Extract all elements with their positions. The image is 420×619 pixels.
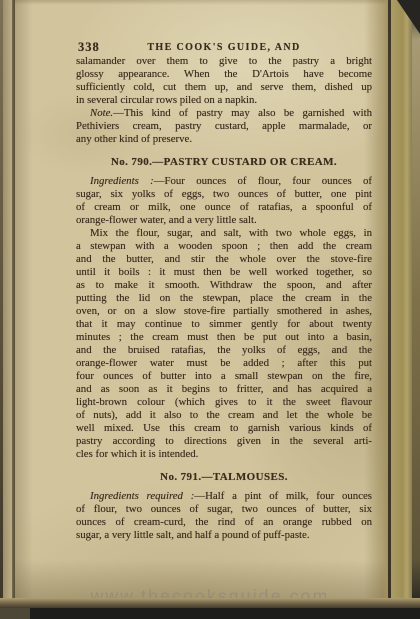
text-line: well mixed. Use this cream to garnish va… <box>76 422 372 435</box>
running-title: THE COOK'S GUIDE, AND <box>76 42 372 53</box>
recipe-heading: No. 790.—PASTRY CUSTARD OR CREAM. <box>76 156 372 169</box>
page-bottom-edge <box>0 598 420 608</box>
text-line: sufficiently cold, cut them up, and serv… <box>76 81 372 94</box>
text-line: Ingredients required :—Half a pint of mi… <box>76 490 372 503</box>
text-line: of nuts), add it also to the cream and l… <box>76 409 372 422</box>
paragraph: Note.—This kind of pastry may also be ga… <box>76 107 372 146</box>
adjacent-page-edge <box>391 0 412 608</box>
text-line: and the butter, and stir the whole over … <box>76 253 372 266</box>
text-line: Mix the flour, sugar, and salt, with two… <box>76 227 372 240</box>
recipe-heading: No. 791.—TALMOUSES. <box>76 471 372 484</box>
text-line: that it may continue to simmer gently fo… <box>76 318 372 331</box>
paragraph: Mix the flour, sugar, and salt, with two… <box>76 227 372 461</box>
text-line: until it boils : it must then be well wo… <box>76 266 372 279</box>
text-line: and the bruised ratafias, the yolks of e… <box>76 344 372 357</box>
text-line: four ounces of butter into a small stewp… <box>76 370 372 383</box>
text-line: in several circular rows piled on a napk… <box>76 94 372 107</box>
text-line: a stewpan with a wooden spoon ; then add… <box>76 240 372 253</box>
scan-bottom-band <box>0 608 420 619</box>
text-line: minutes ; the cream must then be put out… <box>76 331 372 344</box>
text-line: oven, or on a slow stove-fire partially … <box>76 305 372 318</box>
text-line: salamander over them to give to the past… <box>76 55 372 68</box>
text-line: pastry according to directions given in … <box>76 435 372 448</box>
book-scan: 338 THE COOK'S GUIDE, AND salamander ove… <box>0 0 420 619</box>
paragraph: salamander over them to give to the past… <box>76 55 372 107</box>
page-text: salamander over them to give to the past… <box>76 55 372 542</box>
binding-gutter-fade <box>15 0 33 608</box>
book-page: 338 THE COOK'S GUIDE, AND salamander ove… <box>0 0 420 608</box>
text-line: ounces of cream-curd, the rind of an ora… <box>76 516 372 529</box>
italic-lead: Ingredients : <box>90 175 154 187</box>
text-line: and as soon as it begins to fritter, and… <box>76 383 372 396</box>
scan-bottom-band-left <box>0 608 30 619</box>
text-line: sugar, six yolks of eggs, two ounces of … <box>76 188 372 201</box>
text-line: of cream or milk, one ounce of ratafias,… <box>76 201 372 214</box>
book-edge <box>412 0 420 608</box>
text-line: Ingredients :—Four ounces of flour, four… <box>76 175 372 188</box>
text-line: Note.—This kind of pastry may also be ga… <box>76 107 372 120</box>
paragraph: Ingredients required :—Half a pint of mi… <box>76 490 372 542</box>
text-line: putting the lid on the stewpan, place th… <box>76 292 372 305</box>
paragraph: Ingredients :—Four ounces of flour, four… <box>76 175 372 227</box>
binding-gutter <box>3 0 12 608</box>
text-line: cles for which it is intended. <box>76 448 372 461</box>
text-line: Pethiviers cream, pastry custard, apple … <box>76 120 372 133</box>
text-line: orange-flower water, and a very little s… <box>76 214 372 227</box>
text-line: of flour, two ounces of sugar, two ounce… <box>76 503 372 516</box>
text-line: as to make it smooth. Withdraw the spoon… <box>76 279 372 292</box>
italic-lead: Note. <box>90 107 113 119</box>
text-line: any other kind of preserve. <box>76 133 372 146</box>
italic-lead: Ingredients required : <box>90 490 194 502</box>
text-line: glossy appearance. When the D'Artois hav… <box>76 68 372 81</box>
text-line: light-brown colour (which gives to it th… <box>76 396 372 409</box>
text-line: orange-flower water must be added ; afte… <box>76 357 372 370</box>
page-header: 338 THE COOK'S GUIDE, AND <box>76 40 372 54</box>
text-line: sugar, a very little salt, and half a po… <box>76 529 372 542</box>
